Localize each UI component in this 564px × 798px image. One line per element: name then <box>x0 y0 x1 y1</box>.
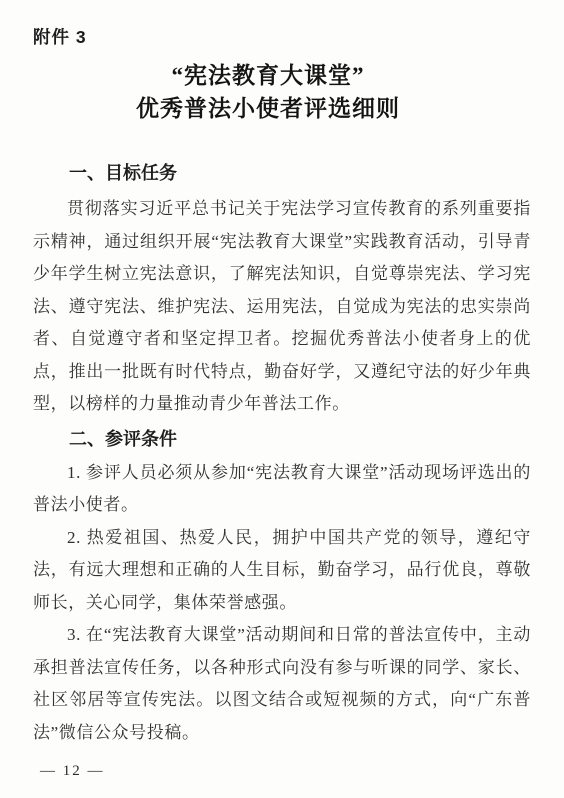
attachment-label: 附件 3 <box>33 24 531 49</box>
document-title-line-1: “宪法教育大课堂” <box>19 59 517 92</box>
page-number: — 12 — <box>40 763 105 780</box>
document-title-line-2: 优秀普法小使者评选细则 <box>19 92 517 125</box>
section-heading-criteria: 二、参评条件 <box>33 427 531 451</box>
document-page: 附件 3 “宪法教育大课堂” 优秀普法小使者评选细则 一、目标任务 贯彻落实习近… <box>0 0 564 798</box>
document-title: “宪法教育大课堂” 优秀普法小使者评选细则 <box>33 59 531 125</box>
criteria-item-3: 3. 在“宪法教育大课堂”活动期间和日常的普法宣传中，主动承担普法宣传任务，以各… <box>33 619 531 749</box>
section-heading-goals: 一、目标任务 <box>33 161 531 185</box>
criteria-item-2: 2. 热爱祖国、热爱人民，拥护中国共产党的领导，遵纪守法，有远大理想和正确的人生… <box>33 522 531 620</box>
section-goals-paragraph: 贯彻落实习近平总书记关于宪法学习宣传教育的系列重要指示精神，通过组织开展“宪法教… <box>33 193 531 421</box>
criteria-item-1: 1. 参评人员必须从参加“宪法教育大课堂”活动现场评选出的普法小使者。 <box>33 457 531 522</box>
